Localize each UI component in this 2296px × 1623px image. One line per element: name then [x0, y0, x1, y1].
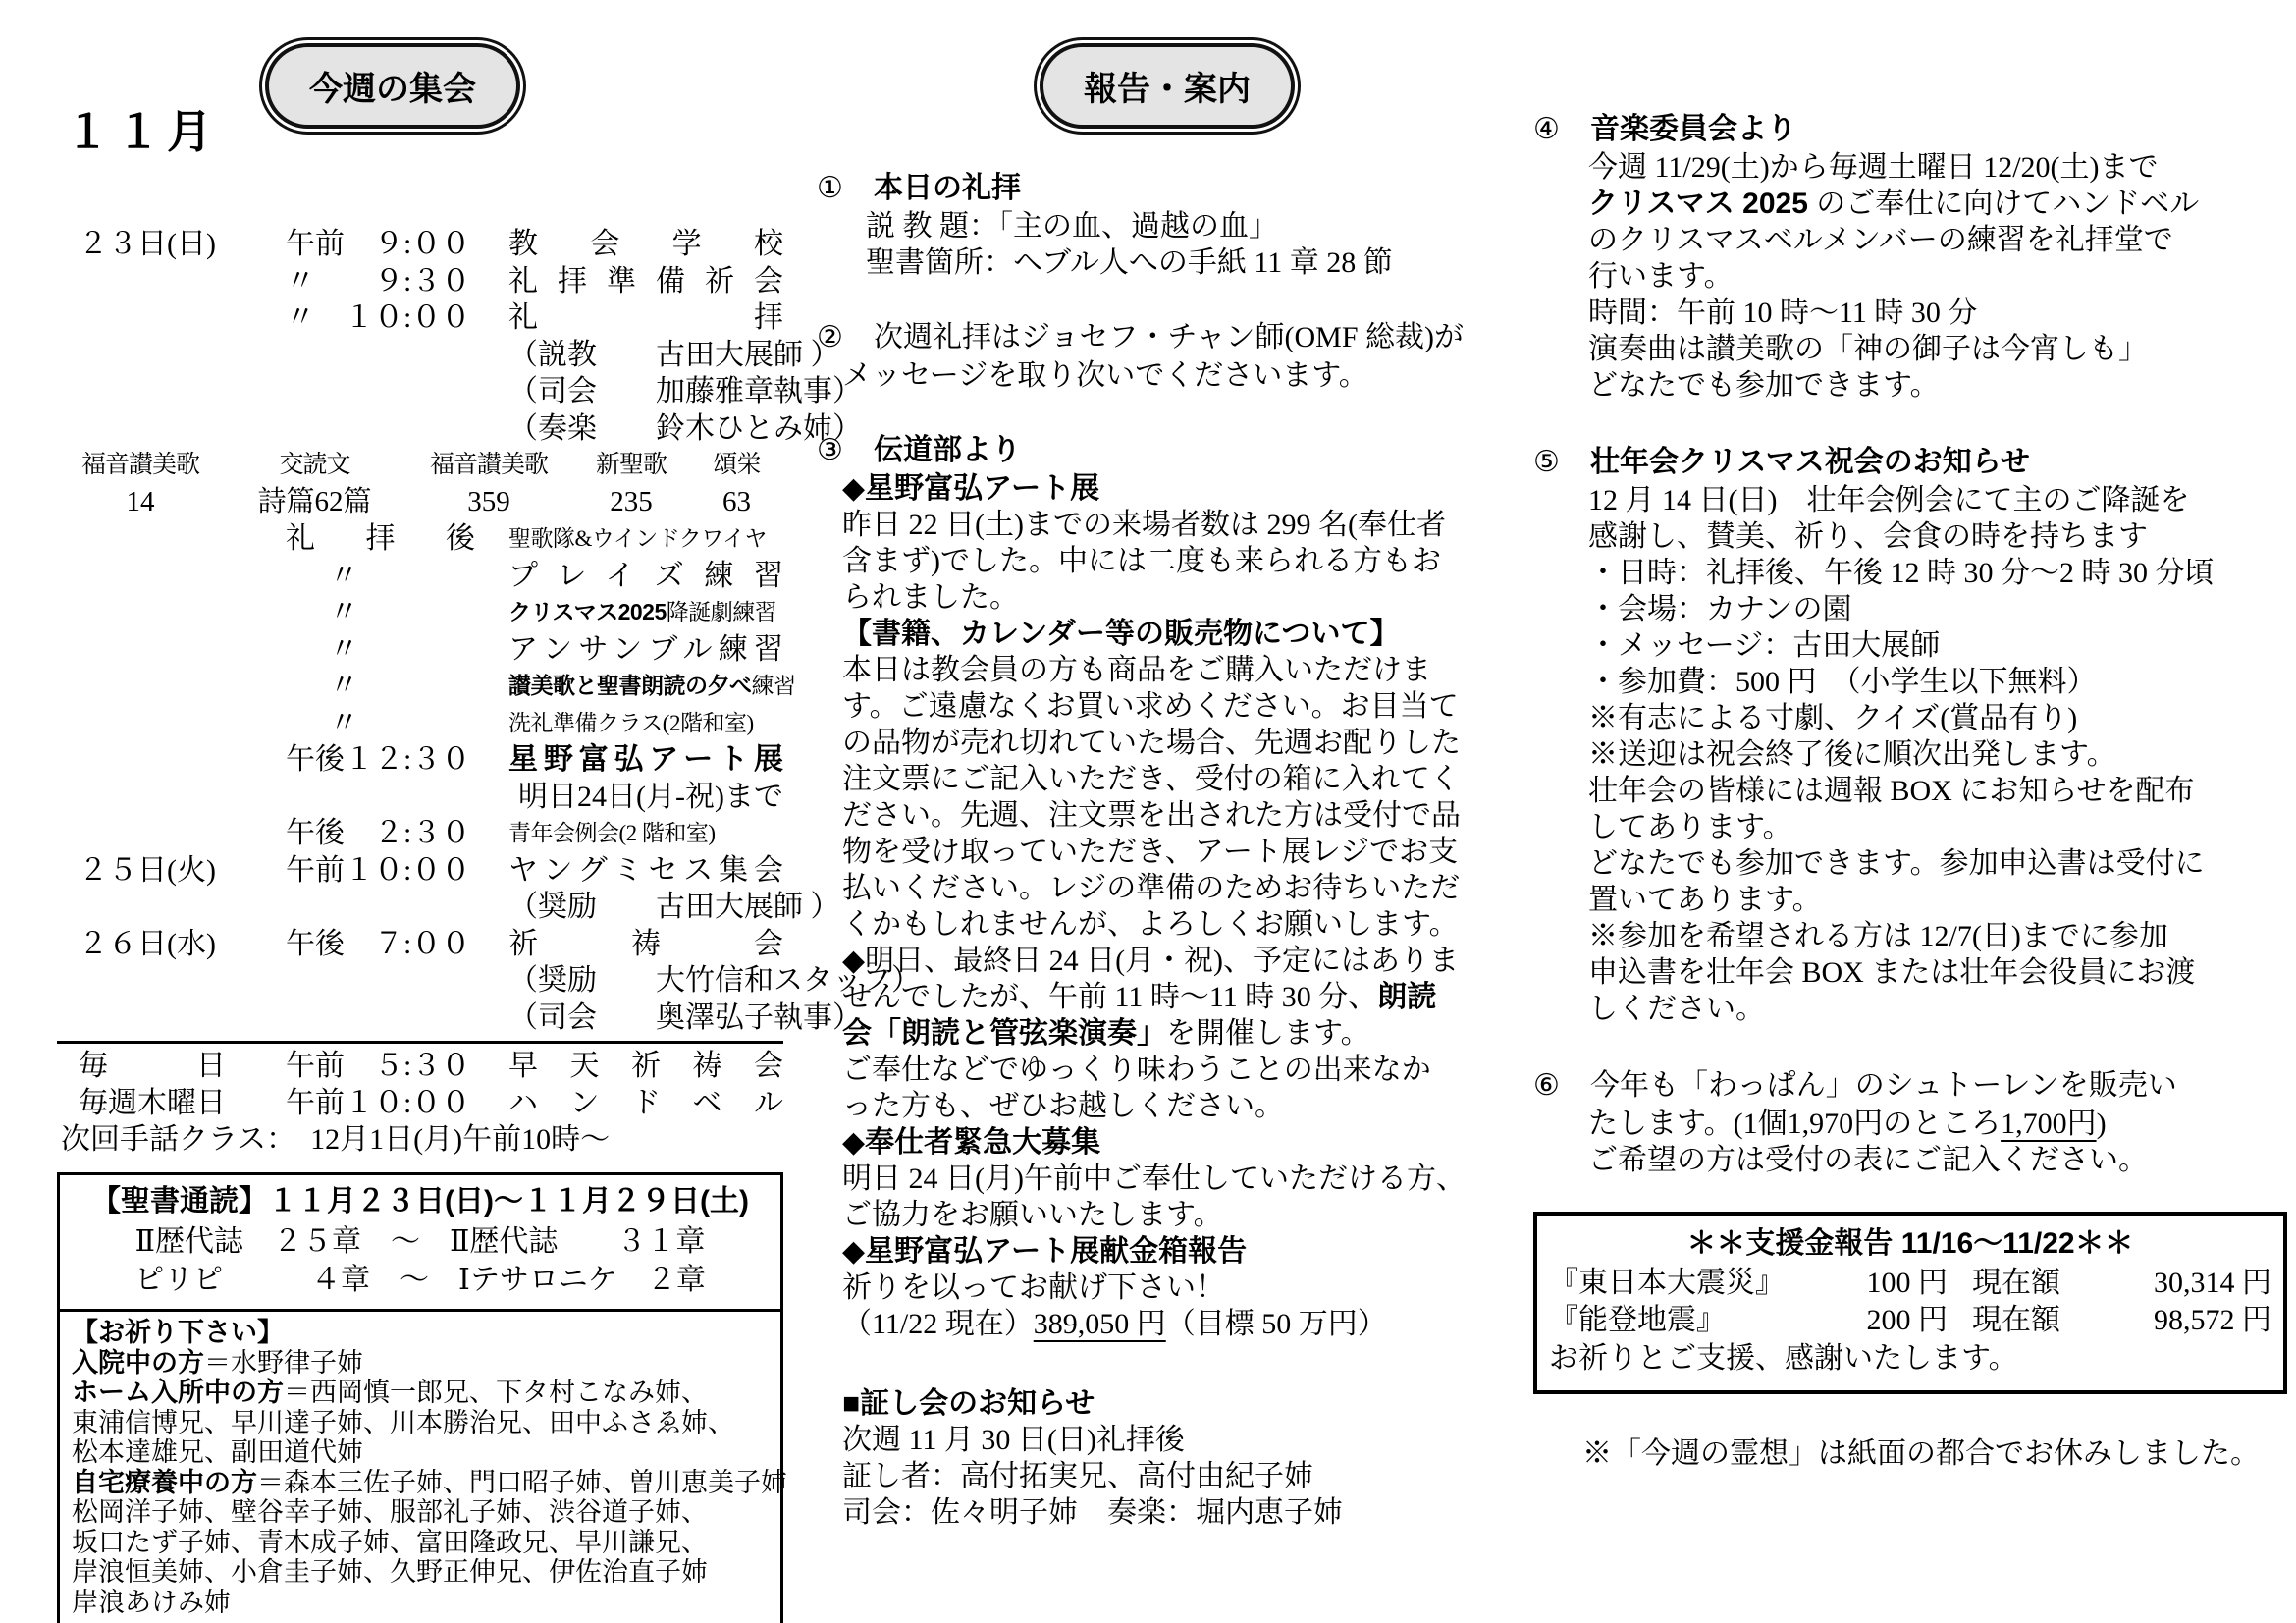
fund-current: 30,314 円: [2085, 1265, 2271, 1302]
text-segment: 礼拝準備祈会: [508, 265, 783, 298]
fund-name: 『能登地震』: [1549, 1302, 1800, 1339]
text-segment: 礼拝: [508, 301, 783, 334]
text-segment: 松岡洋子姉、壁谷幸子姉、服部礼子姉、渋谷道子姉、: [72, 1497, 708, 1527]
text-line: 物を受け取っていただき、アート展レジでお支: [817, 834, 1510, 870]
subsection-heading: 【書籍、カレンダー等の販売物について】: [817, 616, 1510, 652]
hymn-header-row: 福音讃美歌交読文福音讃美歌新聖歌頌栄: [57, 447, 783, 484]
text-segment: ※参加を希望される方は 12/7(日)までに参加: [1588, 920, 2168, 952]
section-heading: ④音楽委員会より: [1533, 110, 2287, 149]
text-line: 本日は教会員の方も商品をご購入いただけま: [817, 652, 1510, 688]
text-segment: 【お祈り下さい】: [72, 1318, 284, 1347]
text-segment: しください。: [1588, 993, 1765, 1025]
text-segment: 祈りを以ってお献げ下さい！: [842, 1271, 1225, 1304]
prayer-line: 岸浪恒美姉、小倉圭子姉、久野正伸兄、伊佐治直子姉: [72, 1557, 769, 1588]
prayer-line: 松岡洋子姉、壁谷幸子姉、服部礼子姉、渋谷道子姉、: [72, 1497, 769, 1528]
schedule-event: （奨励 古田大展師 ）: [508, 889, 840, 926]
text-line: してあります。: [1533, 809, 2287, 845]
section-heading: ⑥今年も「わっぱん」のシュトーレンを販売い: [1533, 1066, 2287, 1106]
text-segment: ・会場：カナンの園: [1588, 593, 1852, 625]
text-line: せんでしたが、午前 11 時～11 時 30 分、朗読: [817, 979, 1510, 1015]
text-segment: 聖書箇所：ヘブル人への手紙 11 章 28 節: [866, 246, 1393, 279]
text-segment: くかもしれませんが、よろしくお願いします。: [842, 908, 1459, 941]
schedule-event: 明日24日(月-祝)まで: [508, 779, 783, 816]
text-segment: （説教 古田大展師 ）: [508, 339, 840, 371]
schedule-date: [57, 337, 258, 374]
fund-report-row: 『能登地震』200 円現在額98,572 円: [1549, 1302, 2271, 1339]
schedule-row: 〃 １０:００礼拝: [57, 299, 783, 337]
prayer-line: 入院中の方＝水野律子姉: [72, 1348, 769, 1379]
spacer: [1533, 404, 2287, 443]
schedule-date: [57, 520, 258, 558]
text-segment: のご奉仕に向けてハンドベル: [1816, 188, 2199, 220]
text-segment: す。ご遠慮なくお買い求めください。お目当て: [842, 690, 1459, 723]
schedule-event: 礼拝準備祈会: [508, 263, 783, 300]
text-line: 注文票にご記入いただき、受付の箱に入れてく: [817, 761, 1510, 797]
text-segment: ご希望の方は受付の表にご記入ください。: [1588, 1144, 2148, 1176]
schedule-time: 午前１０:００: [258, 852, 508, 890]
text-segment: 次週 11 月 30 日(日)礼拝後: [842, 1424, 1185, 1456]
bible-reading-title: 【聖書通読】１１月２３日(日)～１１月２９日(土): [70, 1181, 771, 1222]
prayer-request-lines: 【お祈り下さい】入院中の方＝水野律子姉ホーム入所中の方＝西岡慎一郎兄、下タ村こな…: [72, 1318, 769, 1617]
text-segment: ご協力をお願いいたします。: [842, 1199, 1223, 1231]
schedule-date: 毎週木曜日: [57, 1085, 258, 1122]
prayer-line: 自宅療養中の方＝森本三佐子姉、門口昭子姉、曽川恵美子姉: [72, 1468, 769, 1498]
middle-blocks: ①本日の礼拝説 教 題：「主の血、過越の血」聖書箇所：ヘブル人への手紙 11 章…: [817, 169, 1510, 1531]
schedule-date: [57, 741, 258, 779]
text-segment: 本日は教会員の方も商品をご購入いただけま: [842, 654, 1431, 686]
text-segment: 明日 24 日(月)午前中ご奉仕していただける方、: [842, 1163, 1466, 1195]
schedule-time: [258, 337, 508, 374]
schedule-row: 〃プレイズ練習: [57, 558, 783, 595]
spacer: [1533, 1178, 2287, 1206]
text-segment: ＝水野律子姉: [204, 1348, 363, 1378]
text-segment: 青年会例会(2 階和室): [508, 821, 716, 845]
schedule-event: 讃美歌と聖書朗読の夕べ練習: [508, 668, 796, 705]
schedule-time: 午後１２:３０: [258, 741, 508, 779]
section-number: ⑥: [1533, 1066, 1590, 1106]
spacer: [1533, 1027, 2287, 1066]
text-segment: ヤングミセス集会: [508, 854, 783, 887]
schedule-row: 〃洗礼準備クラス(2階和室): [57, 705, 783, 742]
text-segment: （奨励 古田大展師 ）: [508, 891, 840, 923]
text-segment: ハンドベル: [508, 1087, 783, 1119]
section-title: 伝道部より: [874, 431, 1021, 470]
text-segment: 次週礼拝はジョセフ・チャン師(OMF 総裁)が: [874, 321, 1464, 353]
text-segment: ださい。先週、注文票を出された方は受付で品: [842, 799, 1461, 832]
schedule-event: 早天祈祷会: [508, 1048, 783, 1085]
schedule-event: （説教 古田大展師 ）: [508, 337, 840, 374]
text-segment: ◆明日、最終日 24 日(月・祝)、予定にはありま: [842, 945, 1459, 977]
schedule-row: ２６日(水)午後 ７:００祈祷会: [57, 926, 783, 963]
text-segment: を開催します。: [1166, 1017, 1370, 1050]
schedule-row: 毎 日午前 ５:３０早天祈祷会: [57, 1048, 783, 1085]
hymn-number-row: 14詩篇62篇35923563: [57, 484, 783, 521]
text-segment: 払いください。レジの準備のためお待ちいただ: [842, 872, 1460, 904]
text-segment: 祈祷会: [508, 928, 783, 960]
section-number: ⑤: [1533, 443, 1590, 482]
text-segment: ◆星野富弘アート展: [842, 472, 1099, 505]
text-segment: 壮年会の皆様には週報 BOX にお知らせを配布: [1588, 775, 2194, 807]
text-segment: 感謝し、賛美、祈り、会食の時を持ちます: [1588, 520, 2148, 553]
text-line: 行います。: [1533, 258, 2287, 295]
schedule-time: 〃: [258, 594, 508, 631]
text-line: ・メッセージ：古田大展師: [1533, 627, 2287, 664]
text-segment: 星野富弘アート展: [508, 743, 783, 776]
hymn-header-cell: 福音讃美歌: [57, 447, 224, 484]
text-segment: （司会 加藤雅章執事）: [508, 375, 862, 407]
schedule-time: 午後 ２:３０: [258, 815, 508, 852]
section-heading: ⑤壮年会クリスマス祝会のお知らせ: [1533, 443, 2287, 482]
text-line: ※参加を希望される方は 12/7(日)までに参加: [1533, 918, 2287, 954]
text-segment: ※送迎は祝会終了後に順次出発します。: [1588, 738, 2116, 771]
month-heading: １１月: [65, 96, 218, 161]
text-segment: 証し者：高付拓実兄、高付由紀子姉: [842, 1460, 1313, 1492]
section-text: 次週礼拝はジョセフ・チャン師(OMF 総裁)が: [874, 318, 1464, 357]
text-line: ・参加費：500 円 （小学生以下無料）: [1533, 664, 2287, 700]
schedule-time: [258, 962, 508, 1000]
schedule-date: ２６日(水): [57, 926, 258, 963]
schedule-date: ２３日(日): [57, 226, 258, 263]
schedule-time: 午前 ５:３０: [258, 1048, 508, 1085]
schedule-event: 聖歌隊&ウインドクワイヤ: [508, 520, 783, 558]
text-line: の品物が売れ切れていた場合、先週お配りした: [817, 725, 1510, 761]
schedule-row: （奨励 大竹信和スタッフ）: [57, 962, 783, 1000]
schedule-time: 午前１０:００: [258, 1085, 508, 1122]
text-segment: ◆奉仕者緊急大募集: [842, 1126, 1100, 1159]
text-line: 12 月 14 日(日) 壮年会例会にて主のご降誕を: [1533, 482, 2287, 518]
schedule-date: [57, 263, 258, 300]
right-column: ④音楽委員会より今週 11/29(土)から毎週土曜日 12/20(土)までクリス…: [1533, 39, 2287, 1472]
text-line: 今週 11/29(土)から毎週土曜日 12/20(土)まで: [1533, 149, 2287, 186]
text-line: ご希望の方は受付の表にご記入ください。: [1533, 1142, 2287, 1178]
text-segment: たします。(1個1,970円のところ: [1588, 1108, 2001, 1140]
text-segment: メッセージを取り次いでくださいます。: [842, 359, 1368, 392]
fund-report-box: ＊＊支援金報告 11/16～11/22＊＊『東日本大震災』100 円現在額30,…: [1533, 1212, 2287, 1394]
schedule-row: 〃クリスマス2025降誕劇練習: [57, 594, 783, 631]
text-line: ※送迎は祝会終了後に順次出発します。: [1533, 736, 2287, 773]
text-line: ださい。先週、注文票を出された方は受付で品: [817, 797, 1510, 834]
spacer: [817, 394, 1510, 431]
text-line: しください。: [1533, 991, 2287, 1027]
text-segment: 今年も「わっぱん」のシュトーレンを販売い: [1590, 1069, 2177, 1102]
schedule-date: [57, 779, 258, 816]
schedule-date: [57, 558, 258, 595]
text-line: クリスマス 2025 のご奉仕に向けてハンドベル: [1533, 186, 2287, 222]
church-bulletin-page: １１月 今週の集会 ２３日(日)午前 ９:００教会学校〃 ９:３０礼拝準備祈会〃…: [0, 0, 2296, 1623]
schedule-row: （司会 加藤雅章執事）: [57, 373, 783, 410]
text-line: ご協力をお願いいたします。: [817, 1197, 1510, 1233]
schedule-table: ２３日(日)午前 ９:００教会学校〃 ９:３０礼拝準備祈会〃 １０:００礼拝（説…: [57, 226, 783, 1159]
fund-current: 98,572 円: [2085, 1302, 2271, 1339]
schedule-row: 明日24日(月-祝)まで: [57, 779, 783, 816]
bible-reading-line: ピリピ ４章 ～ Ⅰテサロニケ ２章: [70, 1261, 771, 1299]
prayer-line: 【お祈り下さい】: [72, 1318, 769, 1348]
left-column: １１月 今週の集会 ２３日(日)午前 ９:００教会学校〃 ９:３０礼拝準備祈会〃…: [57, 39, 783, 1623]
text-line: のクリスマスベルメンバーの練習を礼拝堂で: [1533, 222, 2287, 258]
text-segment: 説 教 題：「主の血、過越の血」: [866, 210, 1278, 243]
text-segment: 行います。: [1588, 260, 1734, 293]
text-line: 申込書を壮年会 BOX または壮年会役員にお渡: [1533, 954, 2287, 991]
text-segment: 物を受け取っていただき、アート展レジでお支: [842, 836, 1458, 868]
schedule-time: 〃: [258, 705, 508, 742]
middle-column: 報告・案内 ①本日の礼拝説 教 題：「主の血、過越の血」聖書箇所：ヘブル人への手…: [817, 39, 1510, 1531]
prayer-request-box: 【お祈り下さい】入院中の方＝水野律子姉ホーム入所中の方＝西岡慎一郎兄、下タ村こな…: [57, 1309, 783, 1623]
schedule-event: （奏楽 鈴木ひとみ姉）: [508, 410, 862, 448]
text-segment: ＝西岡慎一郎兄、下タ村こなみ姉、: [284, 1378, 708, 1407]
schedule-time: 礼 拝 後: [258, 520, 508, 558]
prayer-line: 松本達雄兄、副田道代姉: [72, 1437, 769, 1468]
schedule-row: ２３日(日)午前 ９:００教会学校: [57, 226, 783, 263]
text-line: ※有志による寸劇、クイズ(賞品有り): [1533, 700, 2287, 736]
schedule-date: [57, 299, 258, 337]
text-segment: 【書籍、カレンダー等の販売物について】: [842, 618, 1399, 650]
section-heading: ①本日の礼拝: [817, 169, 1510, 208]
text-segment: プレイズ練習: [508, 560, 783, 592]
schedule-time: [258, 779, 508, 816]
schedule-event: 青年会例会(2 階和室): [508, 815, 783, 852]
text-segment: ・参加費：500 円 （小学生以下無料）: [1588, 666, 2097, 698]
text-line: 次週 11 月 30 日(日)礼拝後: [817, 1422, 1510, 1458]
text-line: 証し者：高付拓実兄、高付由紀子姉: [817, 1458, 1510, 1494]
fund-amount: 200 円: [1800, 1302, 1948, 1339]
schedule-row: 〃 ９:３０礼拝準備祈会: [57, 263, 783, 300]
text-segment: 早天祈祷会: [508, 1050, 783, 1082]
fund-report-row: 『東日本大震災』100 円現在額30,314 円: [1549, 1265, 2271, 1302]
schedule-event: プレイズ練習: [508, 558, 783, 595]
text-segment: 岸浪あけみ姉: [72, 1588, 231, 1617]
schedule-row: 礼 拝 後聖歌隊&ウインドクワイヤ: [57, 520, 783, 558]
schedule-event: ヤングミセス集会: [508, 852, 783, 890]
text-line: 祈りを以ってお献げ下さい！: [817, 1270, 1510, 1306]
text-segment: 聖歌隊&ウインドクワイヤ: [508, 526, 767, 551]
text-segment: 練習: [752, 674, 796, 698]
weekly-meetings-badge: 今週の集会: [265, 43, 520, 129]
schedule-row: 〃アンサンブル練習: [57, 631, 783, 669]
text-line: 司会：佐々明子姉 奏楽：堀内恵子姉: [817, 1494, 1510, 1531]
fund-report-title: ＊＊支援金報告 11/16～11/22＊＊: [1549, 1223, 2271, 1265]
text-line: ・日時：礼拝後、午後 12 時 30 分～2 時 30 分頃: [1533, 555, 2287, 591]
text-segment: 置いてあります。: [1588, 884, 1822, 916]
text-line: 明日 24 日(月)午前中ご奉仕していただける方、: [817, 1161, 1510, 1197]
schedule-date: [57, 962, 258, 1000]
section-heading: ②次週礼拝はジョセフ・チャン師(OMF 総裁)が: [817, 318, 1510, 357]
text-segment: 会「朗読と管弦楽演奏」: [842, 1017, 1166, 1050]
text-segment: 含まず)でした。中には二度も来られる方もお: [842, 545, 1441, 577]
spacer: [817, 281, 1510, 318]
prayer-line: 坂口たず子姉、青木成子姉、富田隆政兄、早川謙兄、: [72, 1528, 769, 1558]
sign-language-row: 次回手話クラス： 12月1日(月)午前10時～: [57, 1121, 783, 1159]
text-segment: 1,700円: [2001, 1108, 2097, 1140]
schedule-date: [57, 668, 258, 705]
bible-reading-box: 【聖書通読】１１月２３日(日)～１１月２９日(土) Ⅱ歴代誌 ２５章 ～ Ⅱ歴代…: [57, 1172, 783, 1312]
schedule-event: 教会学校: [508, 226, 783, 263]
schedule-date: ２５日(火): [57, 852, 258, 890]
schedule-date: [57, 815, 258, 852]
schedule-event: ハンドベル: [508, 1085, 783, 1122]
text-line: 演奏曲は讃美歌の「神の御子は今宵しも」: [1533, 331, 2287, 367]
schedule-time: 〃 １０:００: [258, 299, 508, 337]
schedule-event: 洗礼準備クラス(2階和室): [508, 705, 783, 742]
text-segment: 岸浪恒美姉、小倉圭子姉、久野正伸兄、伊佐治直子姉: [72, 1557, 708, 1587]
text-segment: してあります。: [1588, 811, 1792, 843]
text-segment: 今週 11/29(土)から毎週土曜日 12/20(土)まで: [1588, 151, 2159, 184]
section-number: ②: [817, 318, 874, 357]
text-segment: ご奉仕などでゆっくり味わうことの出来なか: [842, 1054, 1431, 1086]
text-segment: 洗礼準備クラス(2階和室): [508, 711, 754, 735]
text-line: ご奉仕などでゆっくり味わうことの出来なか: [817, 1052, 1510, 1088]
fund-amount: 100 円: [1800, 1265, 1948, 1302]
text-segment: ＝森本三佐子姉、門口昭子姉、曽川恵美子姉: [257, 1468, 787, 1497]
section-number: ①: [817, 169, 874, 208]
text-segment: ※「今週の霊想」は紙面の都合でお休みしました。: [1582, 1437, 2260, 1470]
text-line: 聖書箇所：ヘブル人への手紙 11 章 28 節: [817, 244, 1510, 281]
text-line: 会「朗読と管弦楽演奏」を開催します。: [817, 1015, 1510, 1052]
text-segment: 申込書を壮年会 BOX または壮年会役員にお渡: [1588, 956, 2195, 989]
text-segment: ・日時：礼拝後、午後 12 時 30 分～2 時 30 分頃: [1588, 557, 2215, 589]
text-line: 置いてあります。: [1533, 882, 2287, 918]
text-line: くかもしれませんが、よろしくお願いします。: [817, 906, 1510, 943]
spacer: [1533, 1394, 2287, 1435]
schedule-row: 〃讃美歌と聖書朗読の夕べ練習: [57, 668, 783, 705]
text-segment: 東浦信博兄、早川達子姉、川本勝治兄、田中ふさゑ姉、: [72, 1408, 734, 1437]
text-segment: 演奏曲は讃美歌の「神の御子は今宵しも」: [1588, 333, 2148, 365]
schedule-time: 〃: [258, 558, 508, 595]
text-segment: のクリスマスベルメンバーの練習を礼拝堂で: [1588, 224, 2173, 256]
schedule-time: 〃: [258, 668, 508, 705]
reports-badge: 報告・案内: [1040, 43, 1295, 129]
schedule-time: 午前 ９:００: [258, 226, 508, 263]
text-segment: クリスマス2025: [508, 599, 667, 624]
text-segment: 降誕劇練習: [667, 600, 777, 624]
text-segment: （司会 奥澤弘子執事）: [508, 1001, 862, 1034]
section-text: 今年も「わっぱん」のシュトーレンを販売い: [1590, 1066, 2177, 1106]
schedule-row: ２５日(火)午前１０:００ヤングミセス集会: [57, 852, 783, 890]
text-segment: 12 月 14 日(日) 壮年会例会にて主のご降誕を: [1588, 484, 2189, 516]
hymn-number-cell: 14: [57, 484, 224, 521]
text-segment: 司会：佐々明子姉 奏楽：堀内恵子姉: [842, 1496, 1343, 1529]
text-segment: ■証し会のお知らせ: [842, 1387, 1095, 1420]
schedule-date: 毎 日: [57, 1048, 258, 1085]
hymn-header-cell: 頌栄: [690, 447, 783, 484]
text-segment: られました。: [842, 581, 1019, 614]
schedule-date: [57, 594, 258, 631]
schedule-event: （司会 加藤雅章執事）: [508, 373, 862, 410]
text-segment: （目標 50 万円）: [1166, 1308, 1387, 1340]
text-segment: 松本達雄兄、副田道代姉: [72, 1437, 363, 1467]
spacer: [817, 1342, 1510, 1385]
subsection-heading: ◆奉仕者緊急大募集: [817, 1124, 1510, 1161]
bible-reading-line: Ⅱ歴代誌 ２５章 ～ Ⅱ歴代誌 ３１章: [70, 1222, 771, 1261]
hymn-number-cell: 63: [690, 484, 783, 521]
text-segment: （11/22 現在）: [842, 1308, 1034, 1340]
text-segment: アンサンブル練習: [508, 633, 783, 666]
section-title: 壮年会クリスマス祝会のお知らせ: [1590, 443, 2030, 482]
schedule-time: [258, 410, 508, 448]
schedule-row: （奨励 古田大展師 ）: [57, 889, 783, 926]
text-segment: の品物が売れ切れていた場合、先週お配りした: [842, 727, 1461, 759]
section-number: ③: [817, 431, 874, 470]
schedule-date: [57, 705, 258, 742]
prayer-line: 東浦信博兄、早川達子姉、川本勝治兄、田中ふさゑ姉、: [72, 1408, 769, 1438]
text-segment: どなたでも参加できます。: [1588, 369, 1940, 402]
schedule-event: 祈祷会: [508, 926, 783, 963]
schedule-event: 星野富弘アート展: [508, 741, 783, 779]
text-segment: 明日24日(月-祝)まで: [518, 781, 783, 813]
text-line: たします。(1個1,970円のところ1,700円): [1533, 1106, 2287, 1142]
schedule-divider: [57, 1041, 783, 1044]
text-segment: 注文票にご記入いただき、受付の箱に入れてく: [842, 763, 1460, 795]
fund-label: 現在額: [1948, 1302, 2085, 1339]
section-number: ④: [1533, 110, 1590, 149]
schedule-time: [258, 373, 508, 410]
text-line: 払いください。レジの準備のためお待ちいただ: [817, 870, 1510, 906]
hymn-number-cell: 359: [405, 484, 572, 521]
subsection-heading: ■証し会のお知らせ: [817, 1385, 1510, 1422]
text-line: 感謝し、賛美、祈り、会食の時を持ちます: [1533, 518, 2287, 555]
text-segment: 坂口たず子姉、青木成子姉、富田隆政兄、早川謙兄、: [72, 1528, 708, 1557]
text-segment: ◆星野富弘アート展献金箱報告: [842, 1235, 1247, 1268]
schedule-date: [57, 373, 258, 410]
text-line: 壮年会の皆様には週報 BOX にお知らせを配布: [1533, 773, 2287, 809]
schedule-row: （奏楽 鈴木ひとみ姉）: [57, 410, 783, 448]
text-segment: 入院中の方: [72, 1348, 204, 1378]
text-segment: ): [2097, 1108, 2107, 1140]
text-line: す。ご遠慮なくお買い求めください。お目当て: [817, 688, 1510, 725]
text-line: 昨日 22 日(土)までの来場者数は 299 名(奉仕者: [817, 507, 1510, 543]
text-segment: 時間：午前 10 時～11 時 30 分: [1588, 297, 1977, 329]
subsection-heading: ◆星野富弘アート展献金箱報告: [817, 1233, 1510, 1270]
text-segment: 朗読: [1377, 981, 1436, 1013]
schedule-time: 午後 ７:００: [258, 926, 508, 963]
prayer-line: 岸浪あけみ姉: [72, 1588, 769, 1618]
text-segment: 教会学校: [508, 228, 783, 260]
fund-label: 現在額: [1948, 1265, 2085, 1302]
schedule-row: 午後１２:３０星野富弘アート展: [57, 741, 783, 779]
schedule-row: 午後 ２:３０青年会例会(2 階和室): [57, 815, 783, 852]
prayer-line: ホーム入所中の方＝西岡慎一郎兄、下タ村こなみ姉、: [72, 1378, 769, 1408]
schedule-row: （司会 奥澤弘子執事）: [57, 1000, 783, 1037]
fund-name: 『東日本大震災』: [1549, 1265, 1800, 1302]
text-segment: 自宅療養中の方: [72, 1468, 257, 1497]
text-line: ※「今週の霊想」は紙面の都合でお休みしました。: [1533, 1435, 2287, 1472]
schedule-time: [258, 1000, 508, 1037]
text-segment: どなたでも参加できます。参加申込書は受付に: [1588, 847, 2205, 880]
text-line: （11/22 現在）389,050 円（目標 50 万円）: [817, 1306, 1510, 1342]
section-heading: ③伝道部より: [817, 431, 1510, 470]
text-line: どなたでも参加できます。参加申込書は受付に: [1533, 845, 2287, 882]
schedule-event: アンサンブル練習: [508, 631, 783, 669]
schedule-row: 毎週木曜日午前１０:００ハンドベル: [57, 1085, 783, 1122]
schedule-time: 〃 ９:３０: [258, 263, 508, 300]
schedule-event: 礼拝: [508, 299, 783, 337]
text-segment: ホーム入所中の方: [72, 1378, 284, 1407]
schedule-row: （説教 古田大展師 ）: [57, 337, 783, 374]
schedule-event: （司会 奥澤弘子執事）: [508, 1000, 862, 1037]
text-segment: 昨日 22 日(土)までの来場者数は 299 名(奉仕者: [842, 509, 1446, 541]
schedule-date: [57, 631, 258, 669]
text-line: ・会場：カナンの園: [1533, 591, 2287, 627]
schedule-event: クリスマス2025降誕劇練習: [508, 594, 783, 631]
bible-reading-lines: Ⅱ歴代誌 ２５章 ～ Ⅱ歴代誌 ３１章ピリピ ４章 ～ Ⅰテサロニケ ２章: [70, 1222, 771, 1299]
text-line: 時間：午前 10 時～11 時 30 分: [1533, 295, 2287, 331]
text-segment: （奏楽 鈴木ひとみ姉）: [508, 412, 862, 445]
text-line: 含まず)でした。中には二度も来られる方もお: [817, 543, 1510, 579]
section-title: 音楽委員会より: [1590, 110, 1796, 149]
hymn-header-cell: 福音讃美歌: [405, 447, 572, 484]
text-segment: クリスマス 2025: [1588, 188, 1816, 220]
text-line: 説 教 題：「主の血、過越の血」: [817, 208, 1510, 244]
text-line: どなたでも参加できます。: [1533, 367, 2287, 404]
